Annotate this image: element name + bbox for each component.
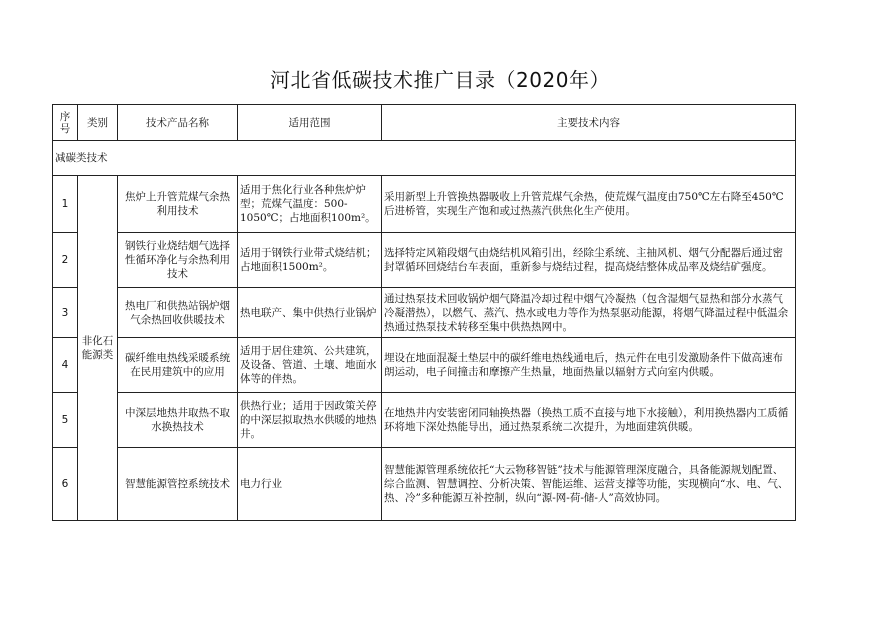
row-content: 埋设在地面混凝土垫层中的碳纤维电热线通电后，热元件在电引发激励条件下做高速布朗运…: [382, 338, 796, 393]
row-name: 智慧能源管控系统技术: [118, 448, 238, 521]
table-row: 6 智慧能源管控系统技术 电力行业 智慧能源管理系统依托“大云物移智链”技术与能…: [53, 448, 796, 521]
document-title: 河北省低碳技术推广目录（2020年）: [0, 64, 880, 93]
row-no: 6: [53, 448, 78, 521]
row-scope: 适用于钢铁行业带式烧结机；占地面积1500m²。: [238, 233, 382, 288]
row-name: 焦炉上升管荒煤气余热利用技术: [118, 176, 238, 233]
row-content: 通过热泵技术回收锅炉烟气降温冷却过程中烟气冷凝热（包含湿烟气显热和部分水蒸气冷凝…: [382, 288, 796, 338]
category-cell: 非化石能源类: [78, 176, 118, 521]
row-name: 钢铁行业烧结烟气选择性循环净化与余热利用技术: [118, 233, 238, 288]
row-no: 3: [53, 288, 78, 338]
row-no: 1: [53, 176, 78, 233]
row-scope: 供热行业；适用于因政策关停的中深层拟取热水供暖的地热井。: [238, 393, 382, 448]
row-scope: 适用于居住建筑、公共建筑，及设备、管道、土壤、地面水体等的伴热。: [238, 338, 382, 393]
row-name: 热电厂和供热站锅炉烟气余热回收供暖技术: [118, 288, 238, 338]
technology-catalog-table: 序号 类别 技术产品名称 适用范围 主要技术内容 减碳类技术 1 非化石能源类 …: [52, 104, 796, 521]
row-name: 中深层地热井取热不取水换热技术: [118, 393, 238, 448]
row-no: 4: [53, 338, 78, 393]
table-row: 4 碳纤维电热线采暖系统在民用建筑中的应用 适用于居住建筑、公共建筑，及设备、管…: [53, 338, 796, 393]
row-content: 选择特定风箱段烟气由烧结机风箱引出，经除尘系统、主抽风机、烟气分配器后通过密封罩…: [382, 233, 796, 288]
table-row: 5 中深层地热井取热不取水换热技术 供热行业；适用于因政策关停的中深层拟取热水供…: [53, 393, 796, 448]
header-scope: 适用范围: [238, 105, 382, 141]
header-name: 技术产品名称: [118, 105, 238, 141]
section-label: 减碳类技术: [53, 141, 796, 176]
table-row: 1 非化石能源类 焦炉上升管荒煤气余热利用技术 适用于焦化行业各种焦炉炉型；荒煤…: [53, 176, 796, 233]
row-no: 5: [53, 393, 78, 448]
row-scope: 热电联产、集中供热行业锅炉: [238, 288, 382, 338]
row-content: 在地热井内安装密闭同轴换热器（换热工质不直接与地下水接触），利用换热器内工质循环…: [382, 393, 796, 448]
table-row: 2 钢铁行业烧结烟气选择性循环净化与余热利用技术 适用于钢铁行业带式烧结机；占地…: [53, 233, 796, 288]
table-row: 3 热电厂和供热站锅炉烟气余热回收供暖技术 热电联产、集中供热行业锅炉 通过热泵…: [53, 288, 796, 338]
row-content: 智慧能源管理系统依托“大云物移智链”技术与能源管理深度融合，具备能源规划配置、综…: [382, 448, 796, 521]
row-no: 2: [53, 233, 78, 288]
header-content: 主要技术内容: [382, 105, 796, 141]
row-scope: 电力行业: [238, 448, 382, 521]
row-name: 碳纤维电热线采暖系统在民用建筑中的应用: [118, 338, 238, 393]
row-scope: 适用于焦化行业各种焦炉炉型；荒煤气温度：500-1050℃；占地面积100m²。: [238, 176, 382, 233]
section-row: 减碳类技术: [53, 141, 796, 176]
header-category: 类别: [78, 105, 118, 141]
table-header-row: 序号 类别 技术产品名称 适用范围 主要技术内容: [53, 105, 796, 141]
row-content: 采用新型上升管换热器吸收上升管荒煤气余热，使荒煤气温度由750℃左右降至450℃…: [382, 176, 796, 233]
header-no: 序号: [53, 105, 78, 141]
